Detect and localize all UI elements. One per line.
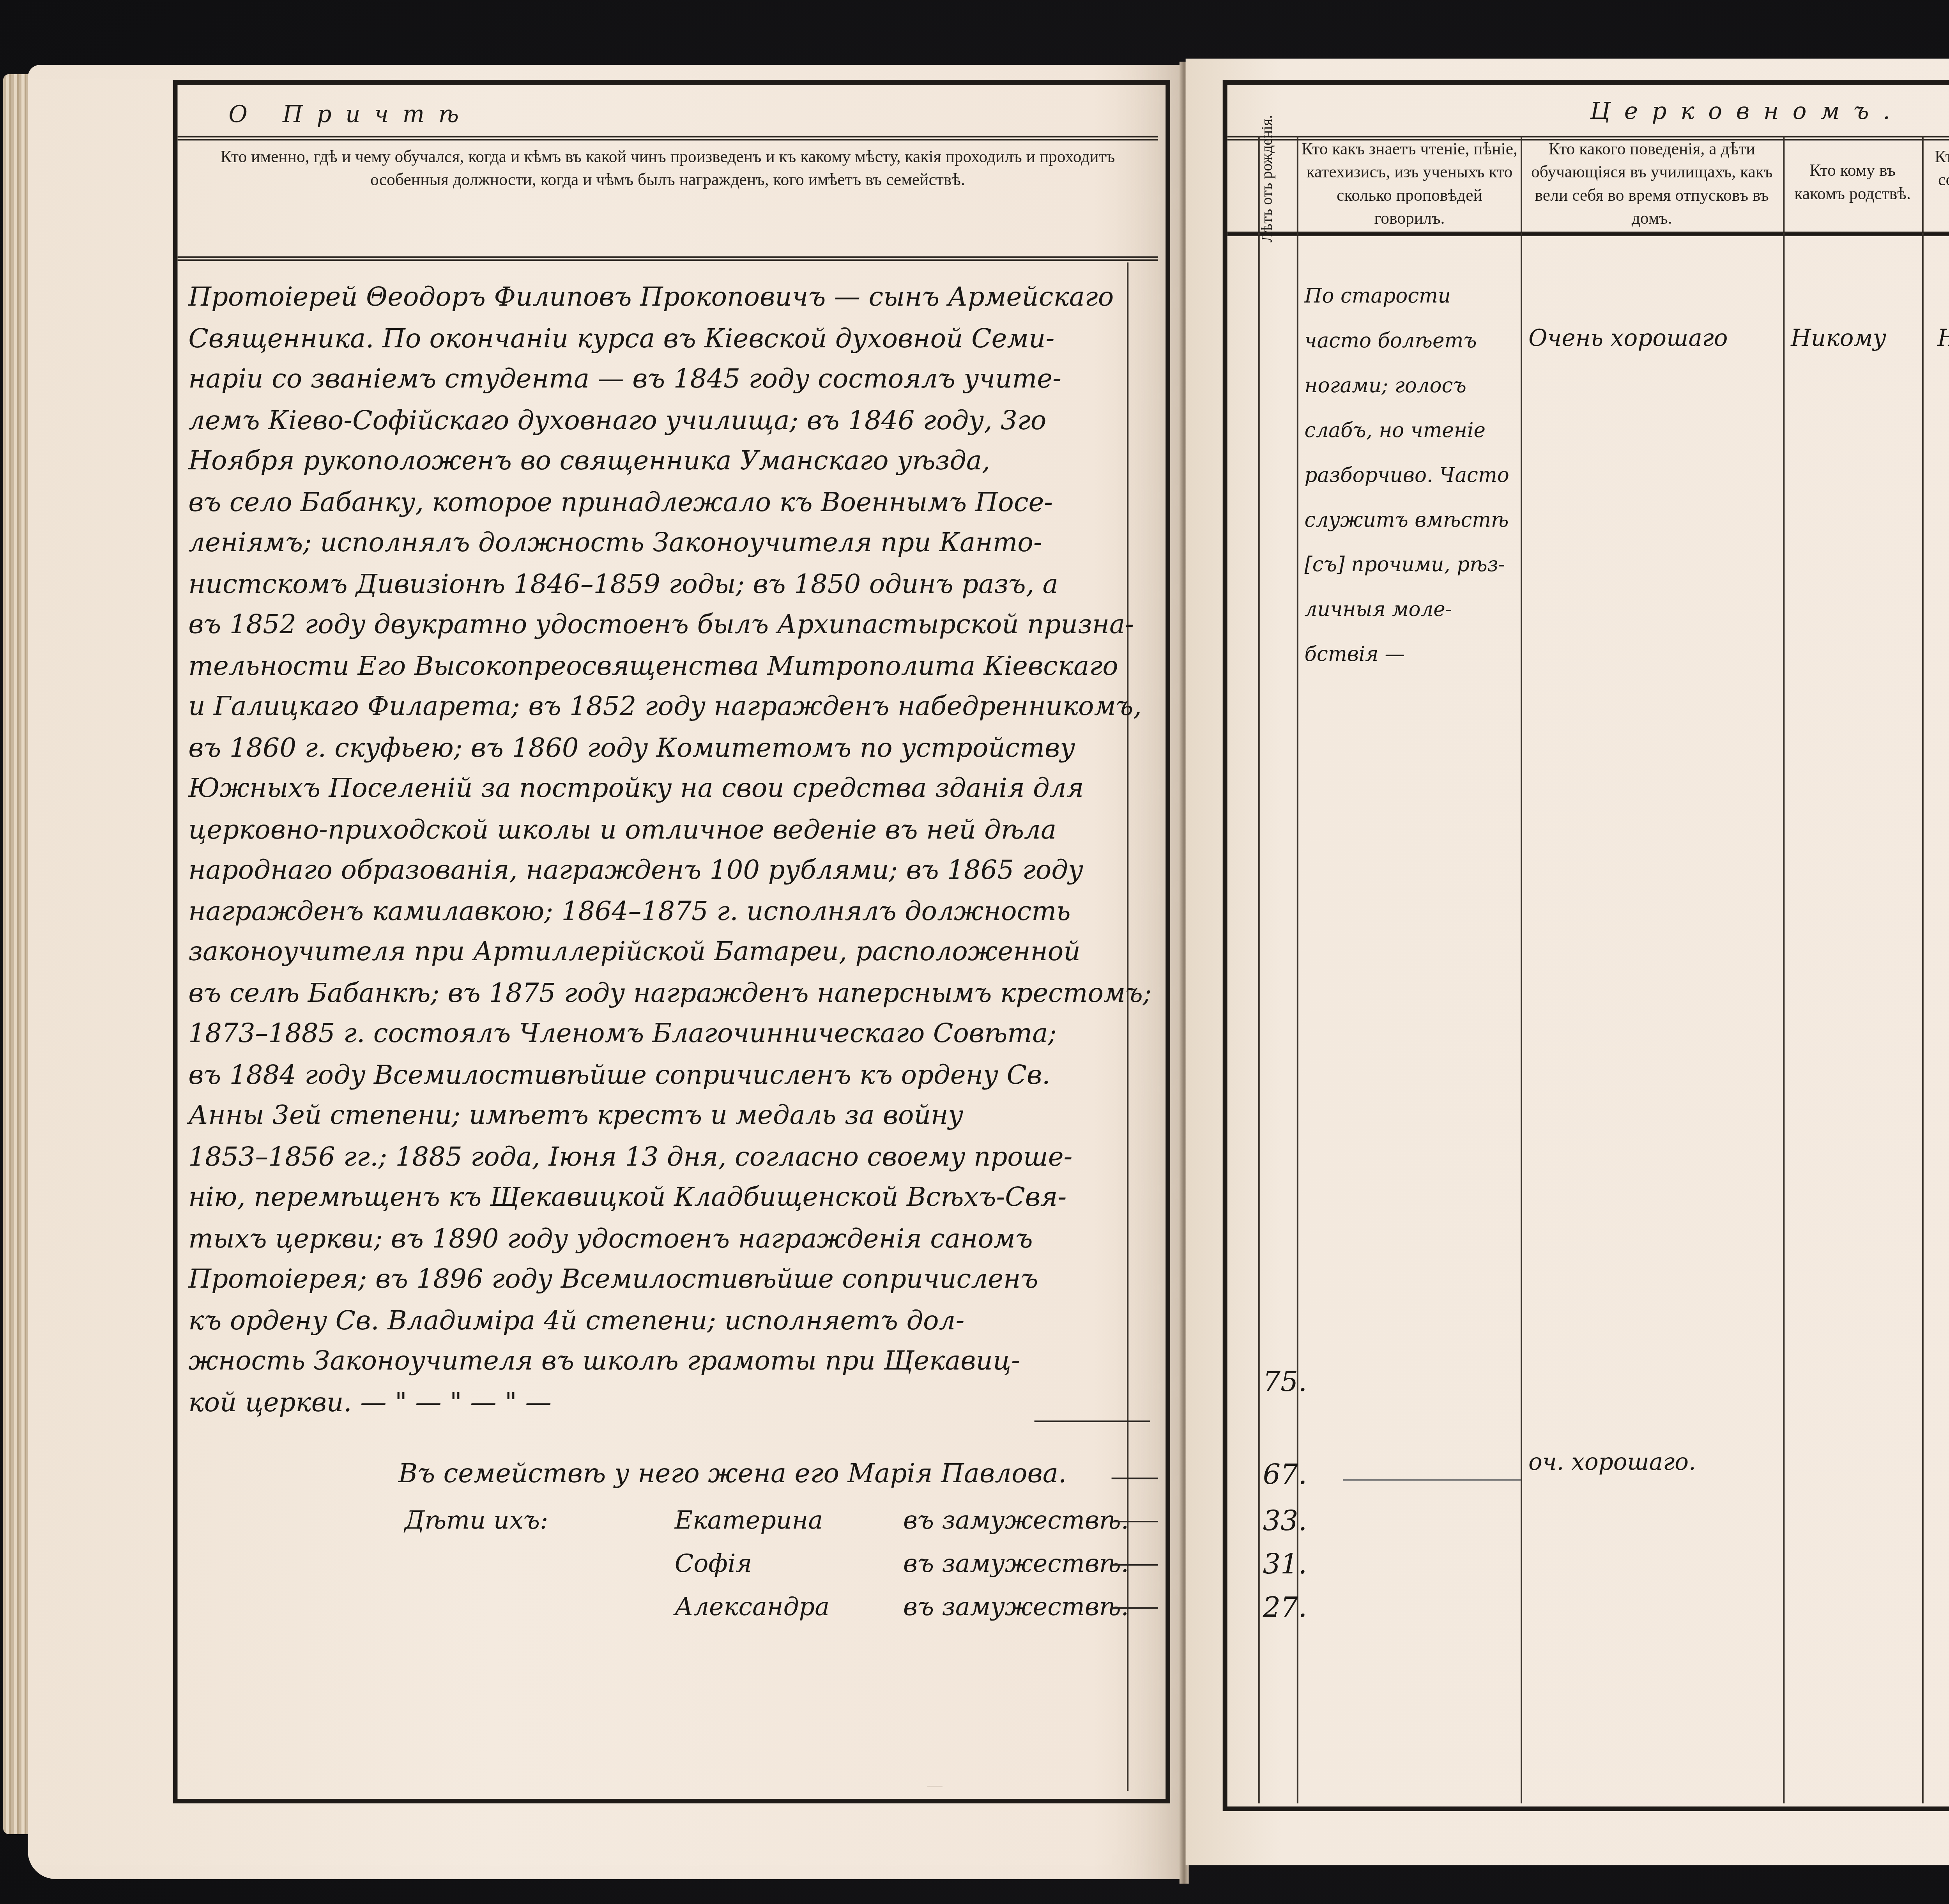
entry-line: законоучителя при Артиллерійской Батареи…: [188, 937, 1081, 968]
connector-dash: [1112, 1478, 1158, 1479]
left-section-title: О Причтѣ: [228, 100, 473, 128]
connector-dash: [1112, 1521, 1158, 1522]
entry-line: и Галицкаго Филарета; въ 1852 году награ…: [188, 692, 1142, 722]
column-divider: [1922, 136, 1924, 1803]
connector-dash: [1343, 1479, 1521, 1481]
entry-line: леніямъ; исполнялъ должность Законоучите…: [188, 528, 1042, 559]
child-status: въ замужествѣ.: [903, 1548, 1129, 1578]
knowledge-column-header: Кто какъ знаетъ чтеніе, пѣніе, катехизис…: [1300, 139, 1519, 232]
entry-line: въ селѣ Бабанкѣ; въ 1875 году награжденъ…: [188, 978, 1151, 1009]
child-name: Александра: [675, 1592, 829, 1621]
knowledge-line: слабъ, но чтеніе: [1305, 420, 1486, 443]
knowledge-line: служитъ вмѣстѣ: [1305, 510, 1509, 533]
entry-line: въ 1884 году Всемилостивѣйше сопричислен…: [188, 1060, 1050, 1091]
relation-column-header: Кто кому въ какомъ родствѣ.: [1786, 161, 1919, 207]
child-name: Софія: [675, 1548, 752, 1578]
entry-line: 1853–1856 гг.; 1885 года, Іюня 13 дня, с…: [188, 1142, 1072, 1173]
knowledge-line: часто болѣетъ: [1305, 331, 1477, 354]
entry-line: нистскомъ Дивизіонѣ 1846–1859 годы; въ 1…: [188, 569, 1058, 600]
entry-line: кой церкви. — " — " — " —: [188, 1387, 552, 1418]
relation-entry: Никому: [1791, 324, 1886, 352]
entry-line: награжденъ камилавкою; 1864–1875 г. испо…: [188, 896, 1070, 927]
entry-line: тыхъ церкви; въ 1890 году удостоенъ нагр…: [188, 1224, 1033, 1255]
entry-line: 1873–1885 г. состоялъ Членомъ Благочинни…: [188, 1019, 1057, 1050]
left-column-header: Кто именно, гдѣ и чему обучался, когда и…: [193, 147, 1143, 193]
column-divider: [1783, 136, 1785, 1803]
bleed-through-text: —: [926, 1776, 943, 1796]
entry-line: народнаго образованія, награжденъ 100 ру…: [188, 855, 1083, 886]
knowledge-line: [съ] прочими, рѣз-: [1305, 554, 1505, 577]
column-divider: [1258, 136, 1260, 1803]
entry-line: Священника. По окончаніи курса въ Кіевск…: [188, 324, 1054, 354]
age-wife: 67.: [1263, 1459, 1307, 1492]
right-section-title: Церковномъ.: [1590, 97, 1904, 125]
knowledge-line: бствія —: [1305, 644, 1405, 667]
penalty-column-header: Кто когда былъ штрафованъ или не состоял…: [1925, 147, 1949, 216]
connector-dash: [1112, 1564, 1158, 1566]
age-child: 31.: [1263, 1548, 1307, 1581]
entry-line: Протоіерей Θеодоръ Филиповъ Прокоповичъ …: [188, 283, 1114, 313]
book-spread-photo: О Причтѣ Кто именно, гдѣ и чему обучался…: [0, 0, 1949, 1904]
entry-line: Южныхъ Поселеній за постройку на свои ср…: [188, 773, 1084, 804]
age-child: 33.: [1263, 1505, 1307, 1538]
header-rule: [177, 136, 1158, 141]
entry-line: Анны 3ей степени; имѣетъ крестъ и медаль…: [188, 1101, 963, 1132]
entry-line: церковно-приходской школы и отличное вед…: [188, 814, 1056, 845]
entry-line: Ноября рукоположенъ во священника Уманск…: [188, 446, 990, 477]
entry-line: въ 1852 году двукратно удостоенъ былъ Ар…: [188, 610, 1134, 641]
child-name: Екатерина: [675, 1505, 823, 1534]
knowledge-line: разборчиво. Часто: [1305, 465, 1509, 488]
knowledge-line: личныя моле-: [1305, 599, 1452, 622]
connector-dash: [1112, 1607, 1158, 1609]
header-rule: [1227, 232, 1949, 236]
entry-line: лемъ Кіево-Софійскаго духовнаго училища;…: [188, 405, 1046, 436]
entry-line: нарiи со званiемъ студента — въ 1845 год…: [188, 365, 1061, 395]
age-priest: 75.: [1263, 1366, 1307, 1399]
behavior-column-header: Кто какого поведенія, а дѣти обучающіяся…: [1524, 139, 1780, 232]
children-label: Дѣти ихъ:: [405, 1505, 548, 1534]
entry-line: въ село Бабанку, которое принадлежало къ…: [188, 487, 1053, 518]
column-divider: [1521, 136, 1522, 1803]
knowledge-line: ногами; голосъ: [1305, 375, 1466, 398]
age-child: 27.: [1263, 1592, 1307, 1624]
family-intro: Въ семействѣ у него жена его Марія Павло…: [398, 1459, 1066, 1490]
entry-line: въ 1860 г. скуфьею; въ 1860 году Комитет…: [188, 733, 1075, 763]
age-column-header: Лѣтъ отъ рожденія.: [1260, 119, 1297, 242]
entry-line: тельности Его Высокопреосвященства Митро…: [188, 651, 1118, 681]
header-rule: [177, 256, 1158, 261]
wife-behavior: оч. хорошаго.: [1528, 1448, 1696, 1476]
knowledge-line: По старости: [1305, 286, 1451, 309]
penalty-entry-line1: Не былъ и не: [1937, 324, 1949, 352]
child-status: въ замужествѣ.: [903, 1592, 1129, 1621]
entry-line: Протоіерея; въ 1896 году Всемилостивѣйше…: [188, 1265, 1038, 1295]
entry-line: къ ордену Св. Владиміра 4й степени; испо…: [188, 1306, 964, 1336]
behavior-entry: Очень хорошаго: [1528, 324, 1728, 352]
entry-line: жность Законоучителя въ школѣ грамоты пр…: [188, 1347, 1020, 1377]
entry-line: нію, перемѣщенъ къ Щекавицкой Кладбищенс…: [188, 1183, 1066, 1214]
child-status: въ замужествѣ.: [903, 1505, 1129, 1534]
connector-dash: [1035, 1421, 1150, 1422]
